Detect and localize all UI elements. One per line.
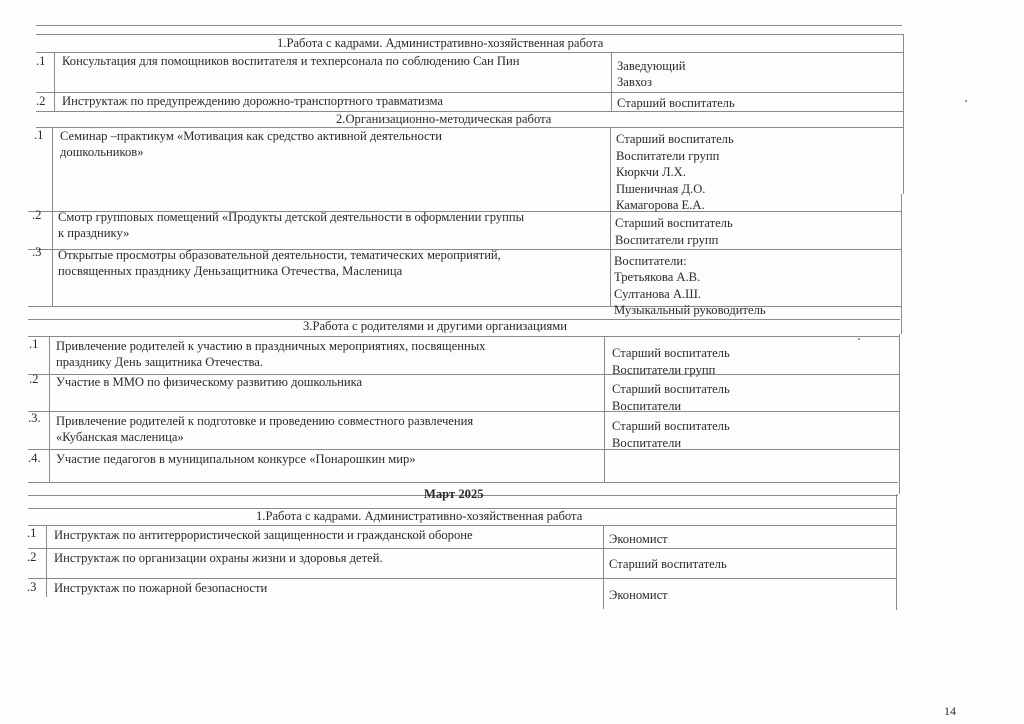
activity-text: Смотр групповых помещений «Продукты детс…: [58, 209, 524, 225]
responsible-text: Старший воспитатель: [615, 215, 733, 231]
responsible-text: Воспитатели групп: [615, 232, 718, 248]
responsible-text: Кюркчи Л.Х.: [616, 164, 686, 180]
activity-text: посвященных празднику Деньзащитника Отеч…: [58, 263, 402, 279]
table-rule: [28, 482, 898, 483]
row-number: .3: [32, 244, 41, 260]
row-number: .1: [36, 53, 45, 69]
responsible-text: Экономист: [609, 531, 668, 547]
responsible-text: Камагорова Е.А.: [616, 197, 705, 213]
section-title: 1.Работа с кадрами. Административно-хозя…: [277, 35, 603, 51]
activity-text: Привлечение родителей к участию в праздн…: [56, 338, 485, 354]
table-rule: [611, 52, 612, 111]
month-title: Март 2025: [424, 486, 484, 502]
responsible-text: Экономист: [609, 587, 668, 603]
row-number: .1: [34, 127, 43, 143]
responsible-text: Старший воспитатель: [612, 418, 730, 434]
row-number: .3: [27, 579, 36, 595]
activity-text: «Кубанская масленица»: [56, 429, 184, 445]
responsible-text: Старший воспитатель: [612, 345, 730, 361]
activity-text: дошкольников»: [60, 144, 144, 160]
table-rule: [603, 525, 604, 609]
table-rule: [28, 548, 896, 549]
responsible-text: Воспитатели:: [614, 253, 687, 269]
responsible-text: Старший воспитатель: [617, 95, 735, 111]
activity-text: празднику День защитника Отечества.: [56, 354, 263, 370]
table-rule: [36, 25, 902, 26]
table-rule: [52, 127, 53, 307]
activity-text: Семинар –практикум «Мотивация как средст…: [60, 128, 442, 144]
responsible-text: Музыкальный руководитель: [614, 302, 766, 318]
table-rule: [49, 336, 50, 482]
row-number: .3.: [28, 410, 41, 426]
section-title: 3.Работа с родителями и другими организа…: [303, 318, 567, 334]
responsible-text: Воспитатели групп: [612, 362, 715, 378]
activity-text: Инструктаж по предупреждению дорожно-тра…: [62, 93, 443, 109]
row-number: .2: [27, 549, 36, 565]
responsible-text: Старший воспитатель: [612, 381, 730, 397]
responsible-text: Заведующий: [617, 58, 686, 74]
responsible-text: Воспитатели групп: [616, 148, 719, 164]
table-rule: [896, 494, 897, 610]
row-number: .4.: [28, 450, 41, 466]
activity-text: Привлечение родителей к подготовке и про…: [56, 413, 473, 429]
row-number: .1: [27, 525, 36, 541]
row-number: .2: [32, 207, 41, 223]
row-number: .1: [29, 336, 38, 352]
section-title: 2.Организационно-методическая работа: [336, 111, 551, 127]
activity-text: Консультация для помощников воспитателя …: [62, 53, 520, 69]
table-rule: [899, 334, 900, 494]
table-rule: [604, 336, 605, 482]
responsible-text: Воспитатели: [612, 398, 681, 414]
table-rule: [28, 336, 900, 337]
table-rule: [28, 449, 900, 450]
table-rule: [28, 578, 896, 579]
responsible-text: Султанова А.Ш.: [614, 286, 701, 302]
table-rule: [46, 525, 47, 597]
table-rule: [28, 525, 896, 526]
table-rule: [54, 52, 55, 111]
responsible-text: Пшеничная Д.О.: [616, 181, 705, 197]
activity-text: Открытые просмотры образовательной деяте…: [58, 247, 501, 263]
table-rule: [610, 127, 611, 307]
activity-text: Инструктаж по организации охраны жизни и…: [54, 550, 383, 566]
section-title: 1.Работа с кадрами. Административно-хозя…: [256, 508, 582, 524]
responsible-text: Завхоз: [617, 74, 652, 90]
activity-text: к празднику»: [58, 225, 129, 241]
responsible-text: Старший воспитатель: [616, 131, 734, 147]
activity-text: Инструктаж по пожарной безопасности: [54, 580, 267, 596]
table-rule: [28, 411, 900, 412]
activity-text: Участие педагогов в муниципальном конкур…: [56, 451, 416, 467]
responsible-text: Старший воспитатель: [609, 556, 727, 572]
responsible-text: Третьякова А.В.: [614, 269, 700, 285]
row-number: .2: [36, 93, 45, 109]
activity-text: Инструктаж по антитеррористической защищ…: [54, 527, 473, 543]
activity-text: Участие в ММО по физическому развитию до…: [56, 374, 362, 390]
table-rule: [901, 194, 902, 334]
scan-speck: [858, 338, 860, 340]
table-rule: [903, 34, 904, 194]
row-number: .2: [29, 371, 38, 387]
scan-speck: [965, 100, 967, 102]
responsible-text: Воспитатели: [612, 435, 681, 451]
page-number: 14: [944, 704, 956, 719]
table-rule: [28, 306, 902, 307]
document-page: 1.Работа с кадрами. Административно-хозя…: [0, 0, 1024, 724]
